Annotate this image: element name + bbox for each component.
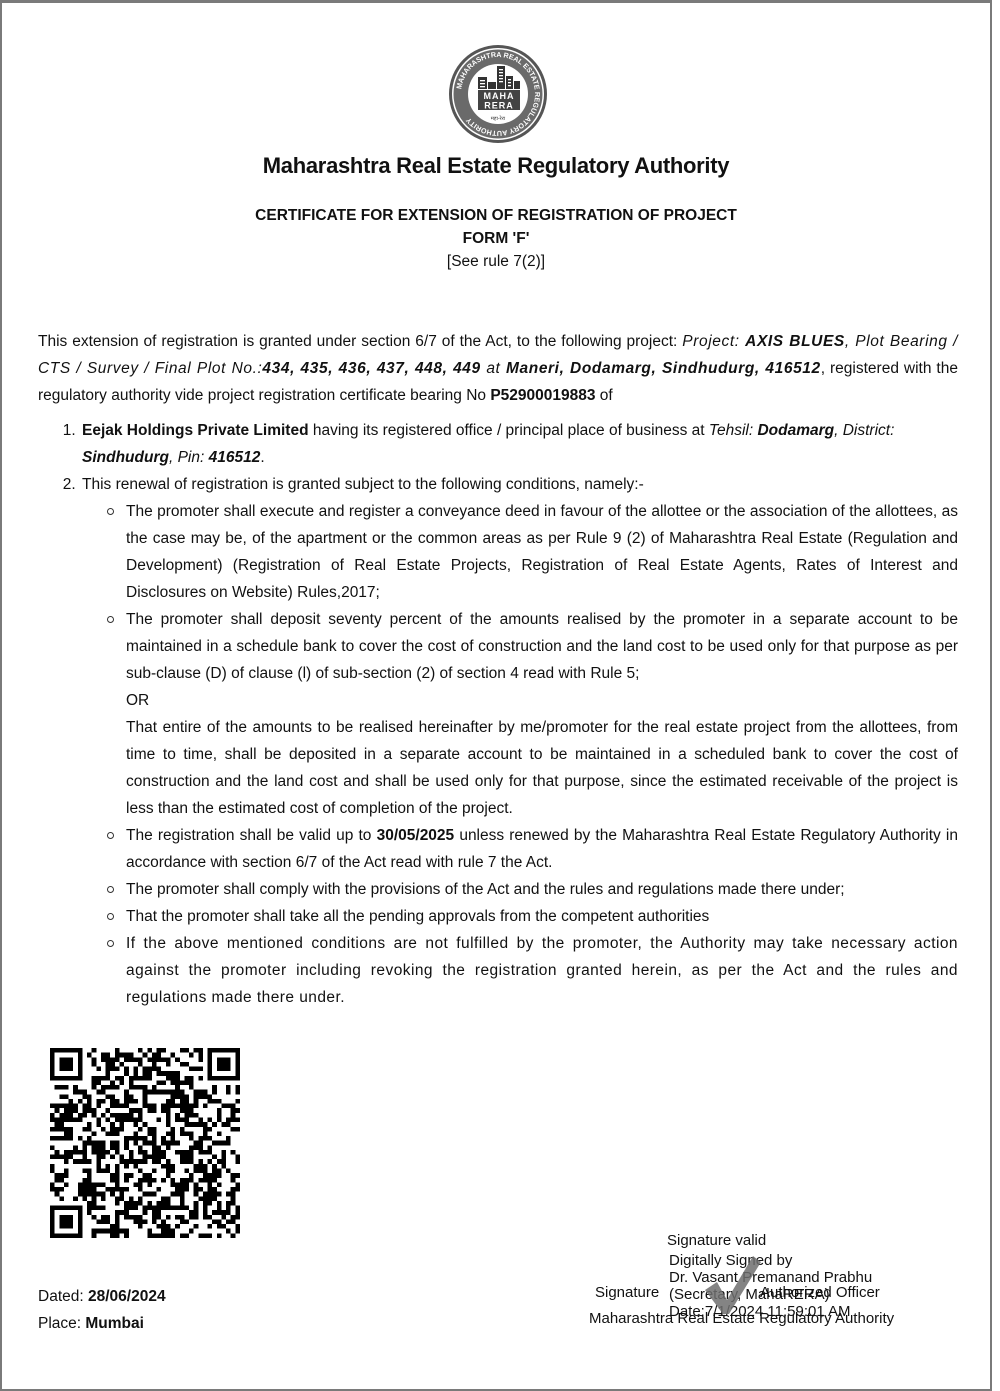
authorized-officer-label: Authorized Officer — [760, 1284, 880, 1301]
condition-conveyance: The promoter shall execute and register … — [126, 498, 958, 606]
signature-status: Signature valid — [667, 1232, 766, 1249]
conditions-list: The promoter shall execute and register … — [82, 498, 958, 1011]
bullet-icon — [107, 886, 114, 893]
issue-place: Mumbai — [85, 1315, 144, 1332]
bullet-icon — [107, 508, 114, 515]
qr-code[interactable] — [50, 1048, 240, 1238]
signature-valid-check-icon[interactable] — [703, 1252, 763, 1318]
condition-approvals: That the promoter shall take all the pen… — [126, 903, 958, 930]
svg-text:MAHA: MAHA — [484, 91, 515, 101]
place-line: Place: Mumbai — [38, 1310, 166, 1337]
issue-date: 28/06/2024 — [88, 1288, 166, 1305]
validity-date: 30/05/2025 — [377, 827, 455, 844]
project-location: Maneri, Dodamarg, Sindhudurg, 416512 — [506, 360, 821, 377]
condition-revocation: If the above mentioned conditions are no… — [126, 930, 958, 1011]
authority-title: Maharashtra Real Estate Regulatory Autho… — [0, 153, 992, 179]
terms-list: Eejak Holdings Private Limited having it… — [38, 417, 958, 1011]
project-name: AXIS BLUES — [745, 333, 845, 350]
certificate-title: CERTIFICATE FOR EXTENSION OF REGISTRATIO… — [0, 204, 992, 227]
condition-comply: The promoter shall comply with the provi… — [126, 876, 958, 903]
promoter-item: Eejak Holdings Private Limited having it… — [80, 417, 958, 471]
dated-line: Dated: 28/06/2024 — [38, 1283, 166, 1310]
signature-label: Signature — [595, 1284, 659, 1301]
certificate-heading: CERTIFICATE FOR EXTENSION OF REGISTRATIO… — [0, 204, 992, 273]
condition-validity: The registration shall be valid up to 30… — [126, 822, 958, 876]
condition-deposit: The promoter shall deposit seventy perce… — [126, 606, 958, 822]
bullet-icon — [107, 832, 114, 839]
bullet-icon — [107, 913, 114, 920]
bullet-icon — [107, 940, 114, 947]
conditions-item: This renewal of registration is granted … — [80, 471, 958, 1011]
maharera-logo: MAHARASHTRA REAL ESTATE REGULATORY AUTHO… — [448, 44, 548, 144]
svg-text:RERA: RERA — [484, 101, 514, 111]
rule-reference: [See rule 7(2)] — [0, 250, 992, 273]
issue-details: Dated: 28/06/2024 Place: Mumbai — [38, 1283, 166, 1337]
intro-paragraph: This extension of registration is grante… — [38, 328, 958, 409]
svg-text:महा-रेरा: महा-रेरा — [491, 115, 506, 122]
promoter-name: Eejak Holdings Private Limited — [82, 422, 309, 439]
bullet-icon — [107, 616, 114, 623]
certificate-body: This extension of registration is grante… — [38, 328, 958, 1011]
form-label: FORM 'F' — [0, 227, 992, 250]
plot-numbers: 434, 435, 436, 437, 448, 449 — [262, 360, 480, 377]
registration-number: P52900019883 — [490, 387, 595, 404]
